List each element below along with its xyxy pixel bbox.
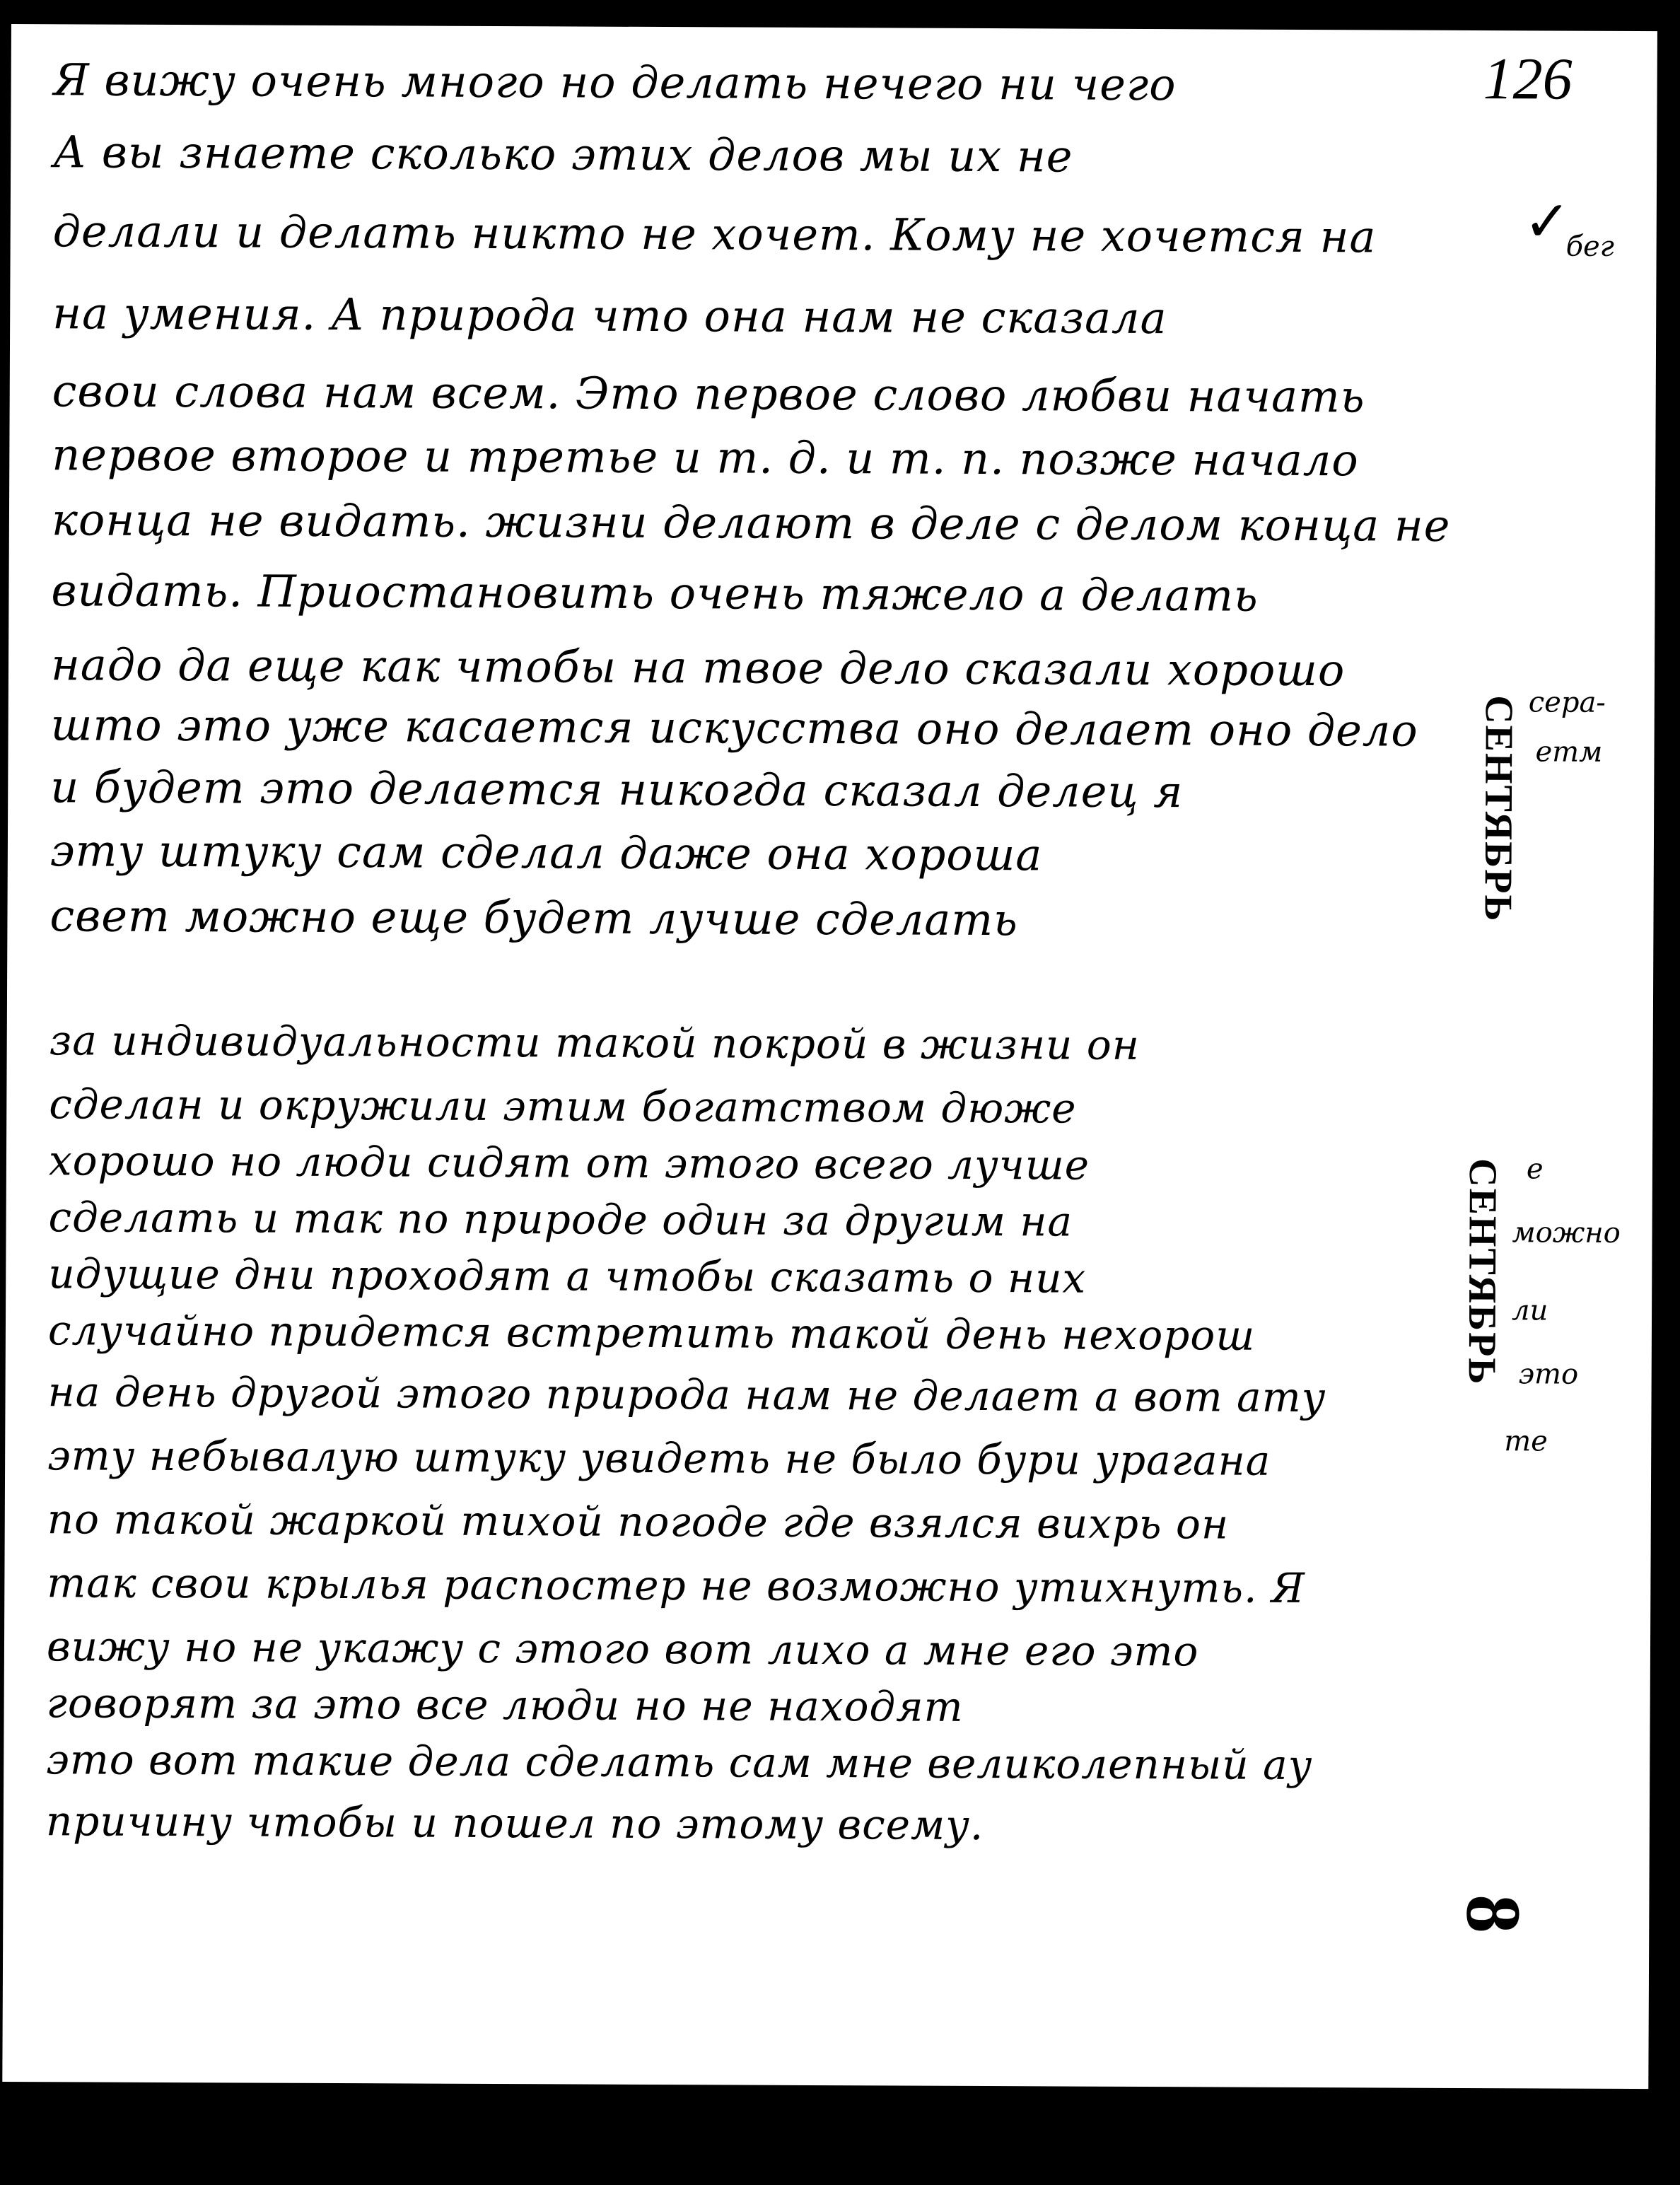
page-number: 126 (1483, 45, 1572, 114)
month-stamp: СЕНТЯБРЬ (1462, 1158, 1503, 1386)
text-line: сделать и так по природе один за другим … (49, 1196, 1073, 1242)
text-line: и будет это делается никогда сказал деле… (50, 765, 1183, 814)
text-line: говорят за это все люди но не находят (47, 1682, 964, 1727)
text-line: по такой жаркой тихой погоде где взялся … (47, 1498, 1230, 1544)
text-line: Я вижу очень много но делать нечего ни ч… (54, 58, 1177, 107)
text-line: видать. Приостановить очень тяжело а дел… (51, 569, 1258, 617)
text-line: первое второе и третье и т. д. и т. п. п… (52, 433, 1359, 482)
text-line: А вы знаете сколько этих делов мы их не (53, 130, 1073, 178)
text-line: што это уже касается искусства оно делае… (51, 703, 1418, 752)
text-line: случайно придется встретить такой день н… (48, 1310, 1256, 1356)
text-line: эту небывалую штуку увидеть не было бури… (47, 1435, 1271, 1481)
margin-note: те (1504, 1427, 1548, 1455)
month-stamp: СЕНТЯБРЬ (1478, 695, 1518, 923)
text-line: сделан и окружили этим богатством дюже (49, 1083, 1076, 1129)
text-line: свет можно еще будет лучше сделать (49, 894, 1018, 942)
text-line: на день другой этого природа нам не дела… (47, 1371, 1326, 1418)
day-stamp: 8 (1448, 1894, 1538, 1934)
text-line: идущие дни проходят а чтобы сказать о ни… (48, 1253, 1086, 1298)
checkmark-icon: ✓ (1524, 193, 1571, 250)
margin-note: е (1527, 1155, 1544, 1183)
text-line: делали и делать никто не хочет. Кому не … (53, 209, 1377, 259)
margin-note: это (1519, 1360, 1579, 1388)
manuscript-page: 126 Я вижу очень много но делать нечего … (2, 24, 1657, 2089)
text-line: так свои крылья распостер не возможно ут… (47, 1562, 1305, 1609)
text-line: хорошо но люди сидят от этого всего лучш… (49, 1140, 1090, 1185)
text-line: свои слова нам всем. Это первое слово лю… (52, 369, 1365, 419)
text-line: за индивидуальности такой покрой в жизни… (49, 1020, 1140, 1066)
text-line: причину чтобы и пошел по этому всему. (46, 1800, 984, 1846)
margin-note: етм (1535, 738, 1602, 766)
text-line: надо да еще как чтобы на твое дело сказа… (51, 643, 1346, 692)
text-line: конца не видать. жизни делают в деле с д… (52, 498, 1451, 548)
margin-note: ли (1512, 1296, 1548, 1324)
text-line: на умения. А природа что она нам не сказ… (52, 291, 1167, 340)
text-line: вижу но не укажу с этого вот лихо а мне … (47, 1626, 1199, 1672)
text-line: это вот такие дела сделать сам мне велик… (46, 1739, 1312, 1785)
text-line: эту штуку сам сделал даже она хороша (50, 829, 1043, 877)
margin-note: бег (1566, 233, 1614, 261)
margin-note: можно (1512, 1218, 1620, 1247)
margin-note: сера- (1529, 688, 1606, 716)
